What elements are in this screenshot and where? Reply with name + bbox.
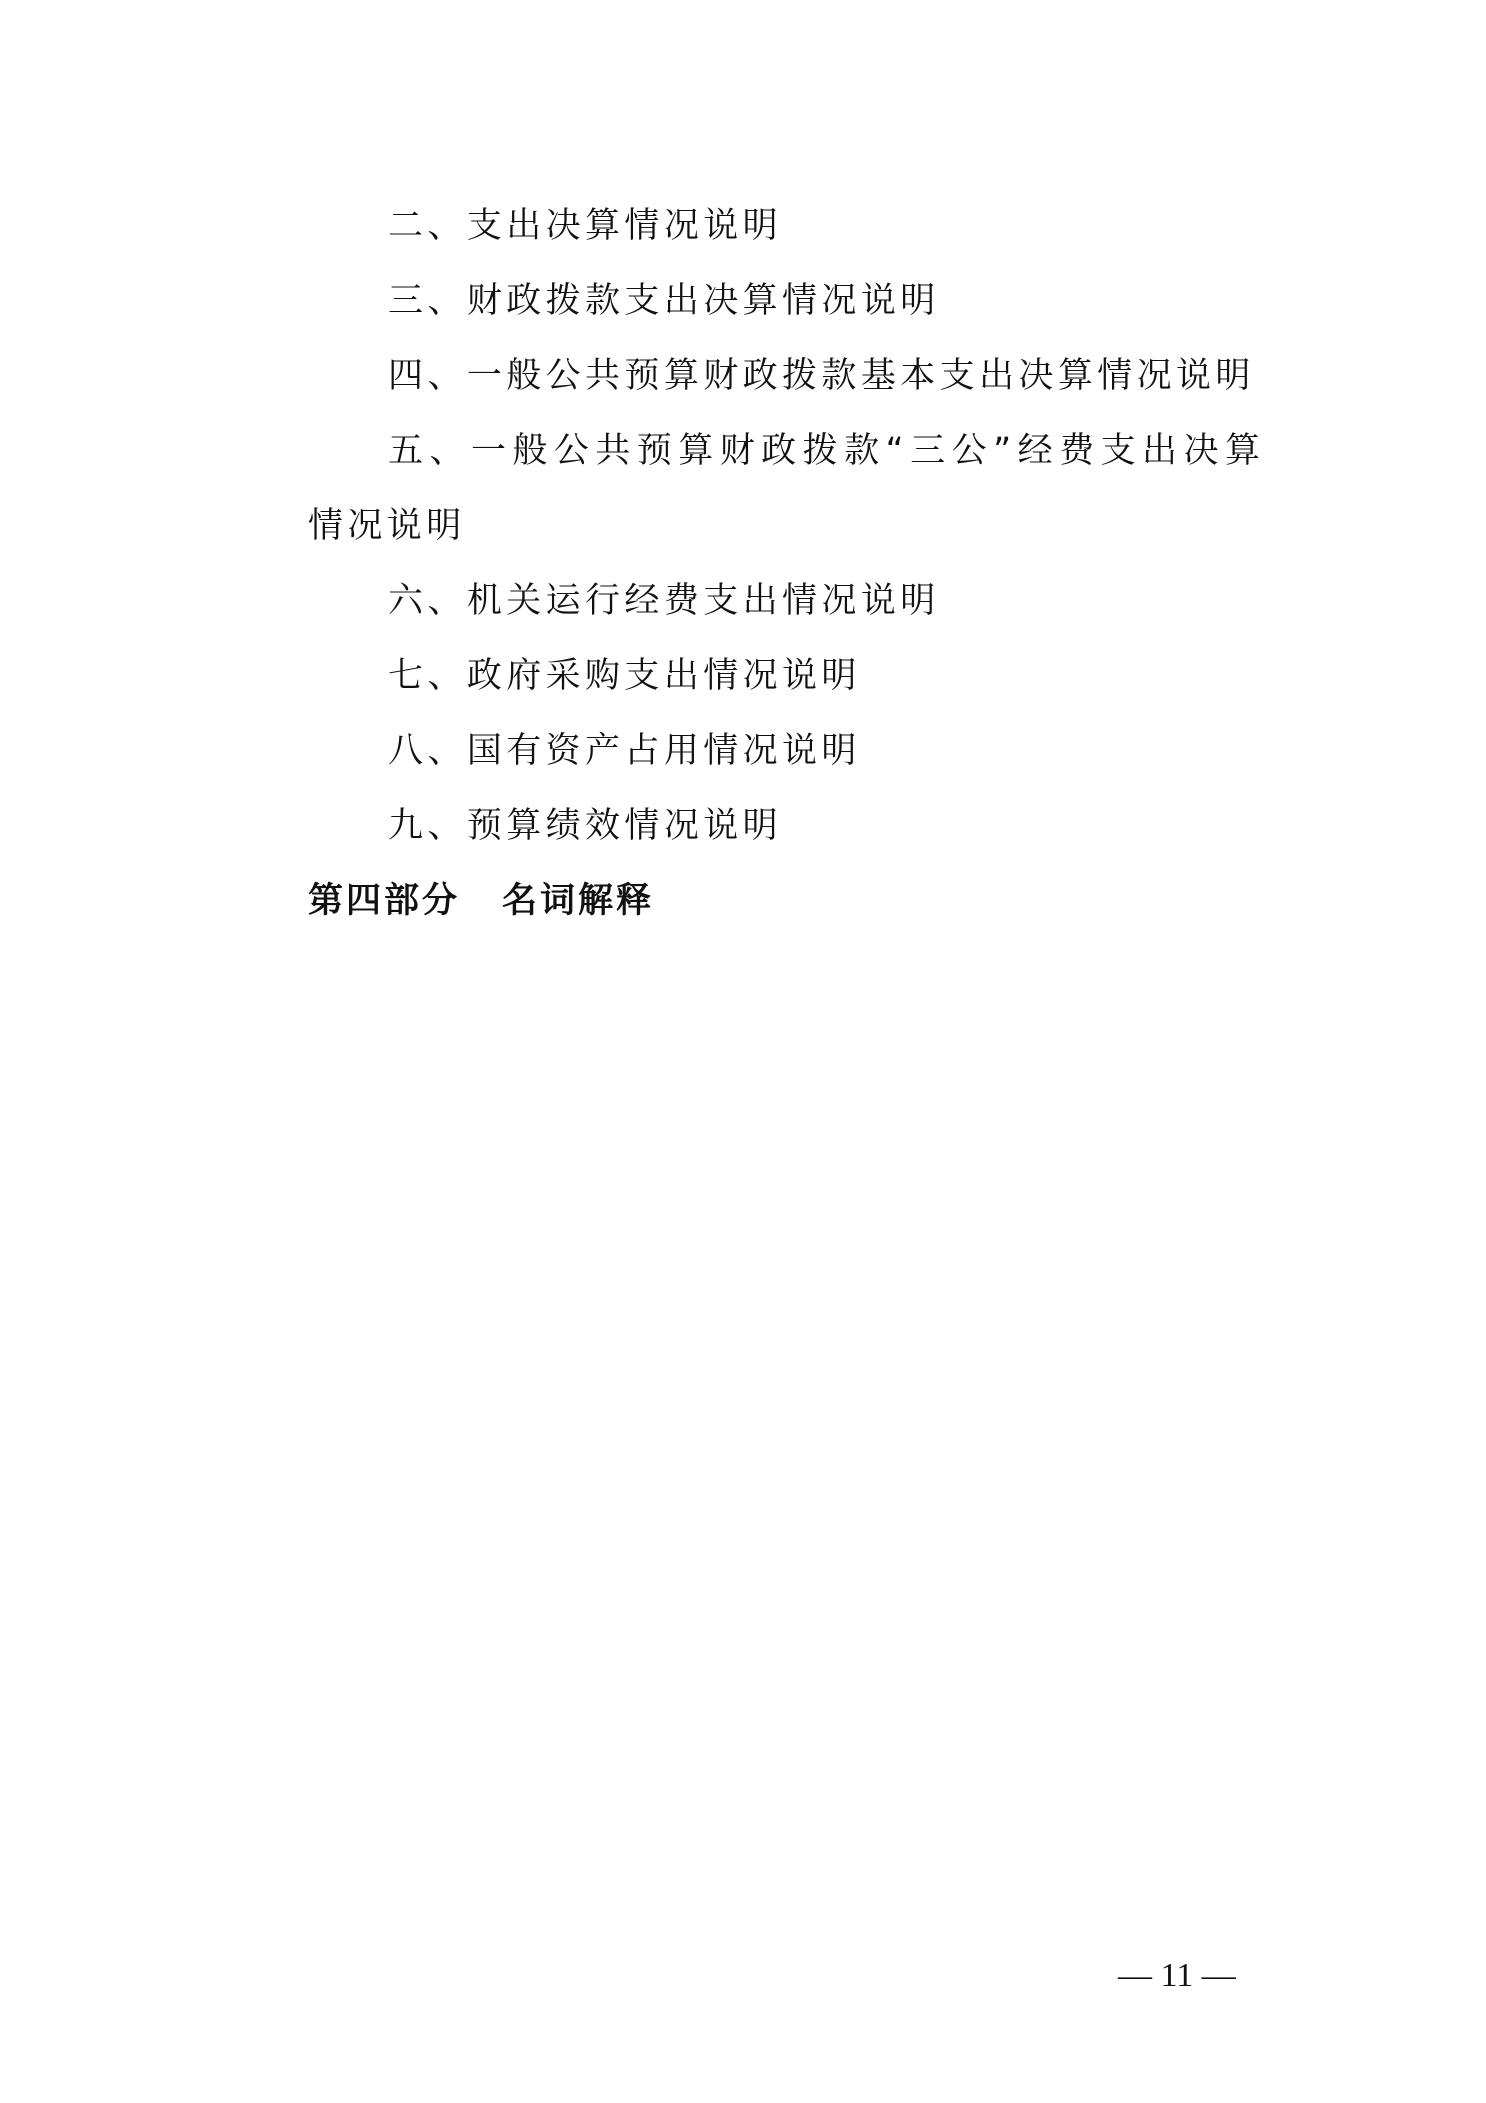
toc-item-number: 三、: [388, 281, 467, 321]
table-of-contents: 二、支出决算情况说明 三、财政拨款支出决算情况说明 四、一般公共预算财政拨款基本…: [308, 189, 1263, 939]
page-number: — 11 —: [1118, 1952, 1236, 2000]
toc-item-number: 六、: [388, 581, 467, 621]
section-part-label: 第四部分: [308, 881, 460, 921]
toc-item-number: 五、: [388, 431, 471, 471]
toc-item-number: 九、: [388, 806, 467, 846]
toc-item: 八、国有资产占用情况说明: [308, 714, 1263, 789]
toc-item-number: 二、: [388, 206, 467, 246]
toc-item-continuation: 情况说明: [308, 489, 1263, 564]
toc-item-text: 一般公共预算财政拨款基本支出决算情况说明: [467, 356, 1255, 396]
toc-item: 三、财政拨款支出决算情况说明: [308, 264, 1263, 339]
toc-item: 九、预算绩效情况说明: [308, 789, 1263, 864]
section-title: 名词解释: [502, 881, 654, 921]
toc-item-text: 支出决算情况说明: [467, 206, 782, 246]
toc-item-text: 预算绩效情况说明: [467, 806, 782, 846]
document-page: 二、支出决算情况说明 三、财政拨款支出决算情况说明 四、一般公共预算财政拨款基本…: [0, 0, 1486, 2103]
toc-item: 四、一般公共预算财政拨款基本支出决算情况说明: [308, 339, 1263, 414]
section-heading: 第四部分名词解释: [308, 864, 1263, 939]
toc-item: 六、机关运行经费支出情况说明: [308, 564, 1263, 639]
toc-item-text: 财政拨款支出决算情况说明: [467, 281, 940, 321]
toc-item: 二、支出决算情况说明: [308, 189, 1263, 264]
toc-item-text: 一般公共预算财政拨款“三公”经费支出决算: [471, 431, 1263, 471]
toc-item: 五、一般公共预算财政拨款“三公”经费支出决算: [308, 414, 1263, 489]
toc-item-text: 国有资产占用情况说明: [467, 731, 861, 771]
toc-item-text: 政府采购支出情况说明: [467, 656, 861, 696]
toc-item: 七、政府采购支出情况说明: [308, 639, 1263, 714]
toc-item-text: 机关运行经费支出情况说明: [467, 581, 940, 621]
toc-item-number: 八、: [388, 731, 467, 771]
toc-item-number: 七、: [388, 656, 467, 696]
toc-item-number: 四、: [388, 356, 467, 396]
